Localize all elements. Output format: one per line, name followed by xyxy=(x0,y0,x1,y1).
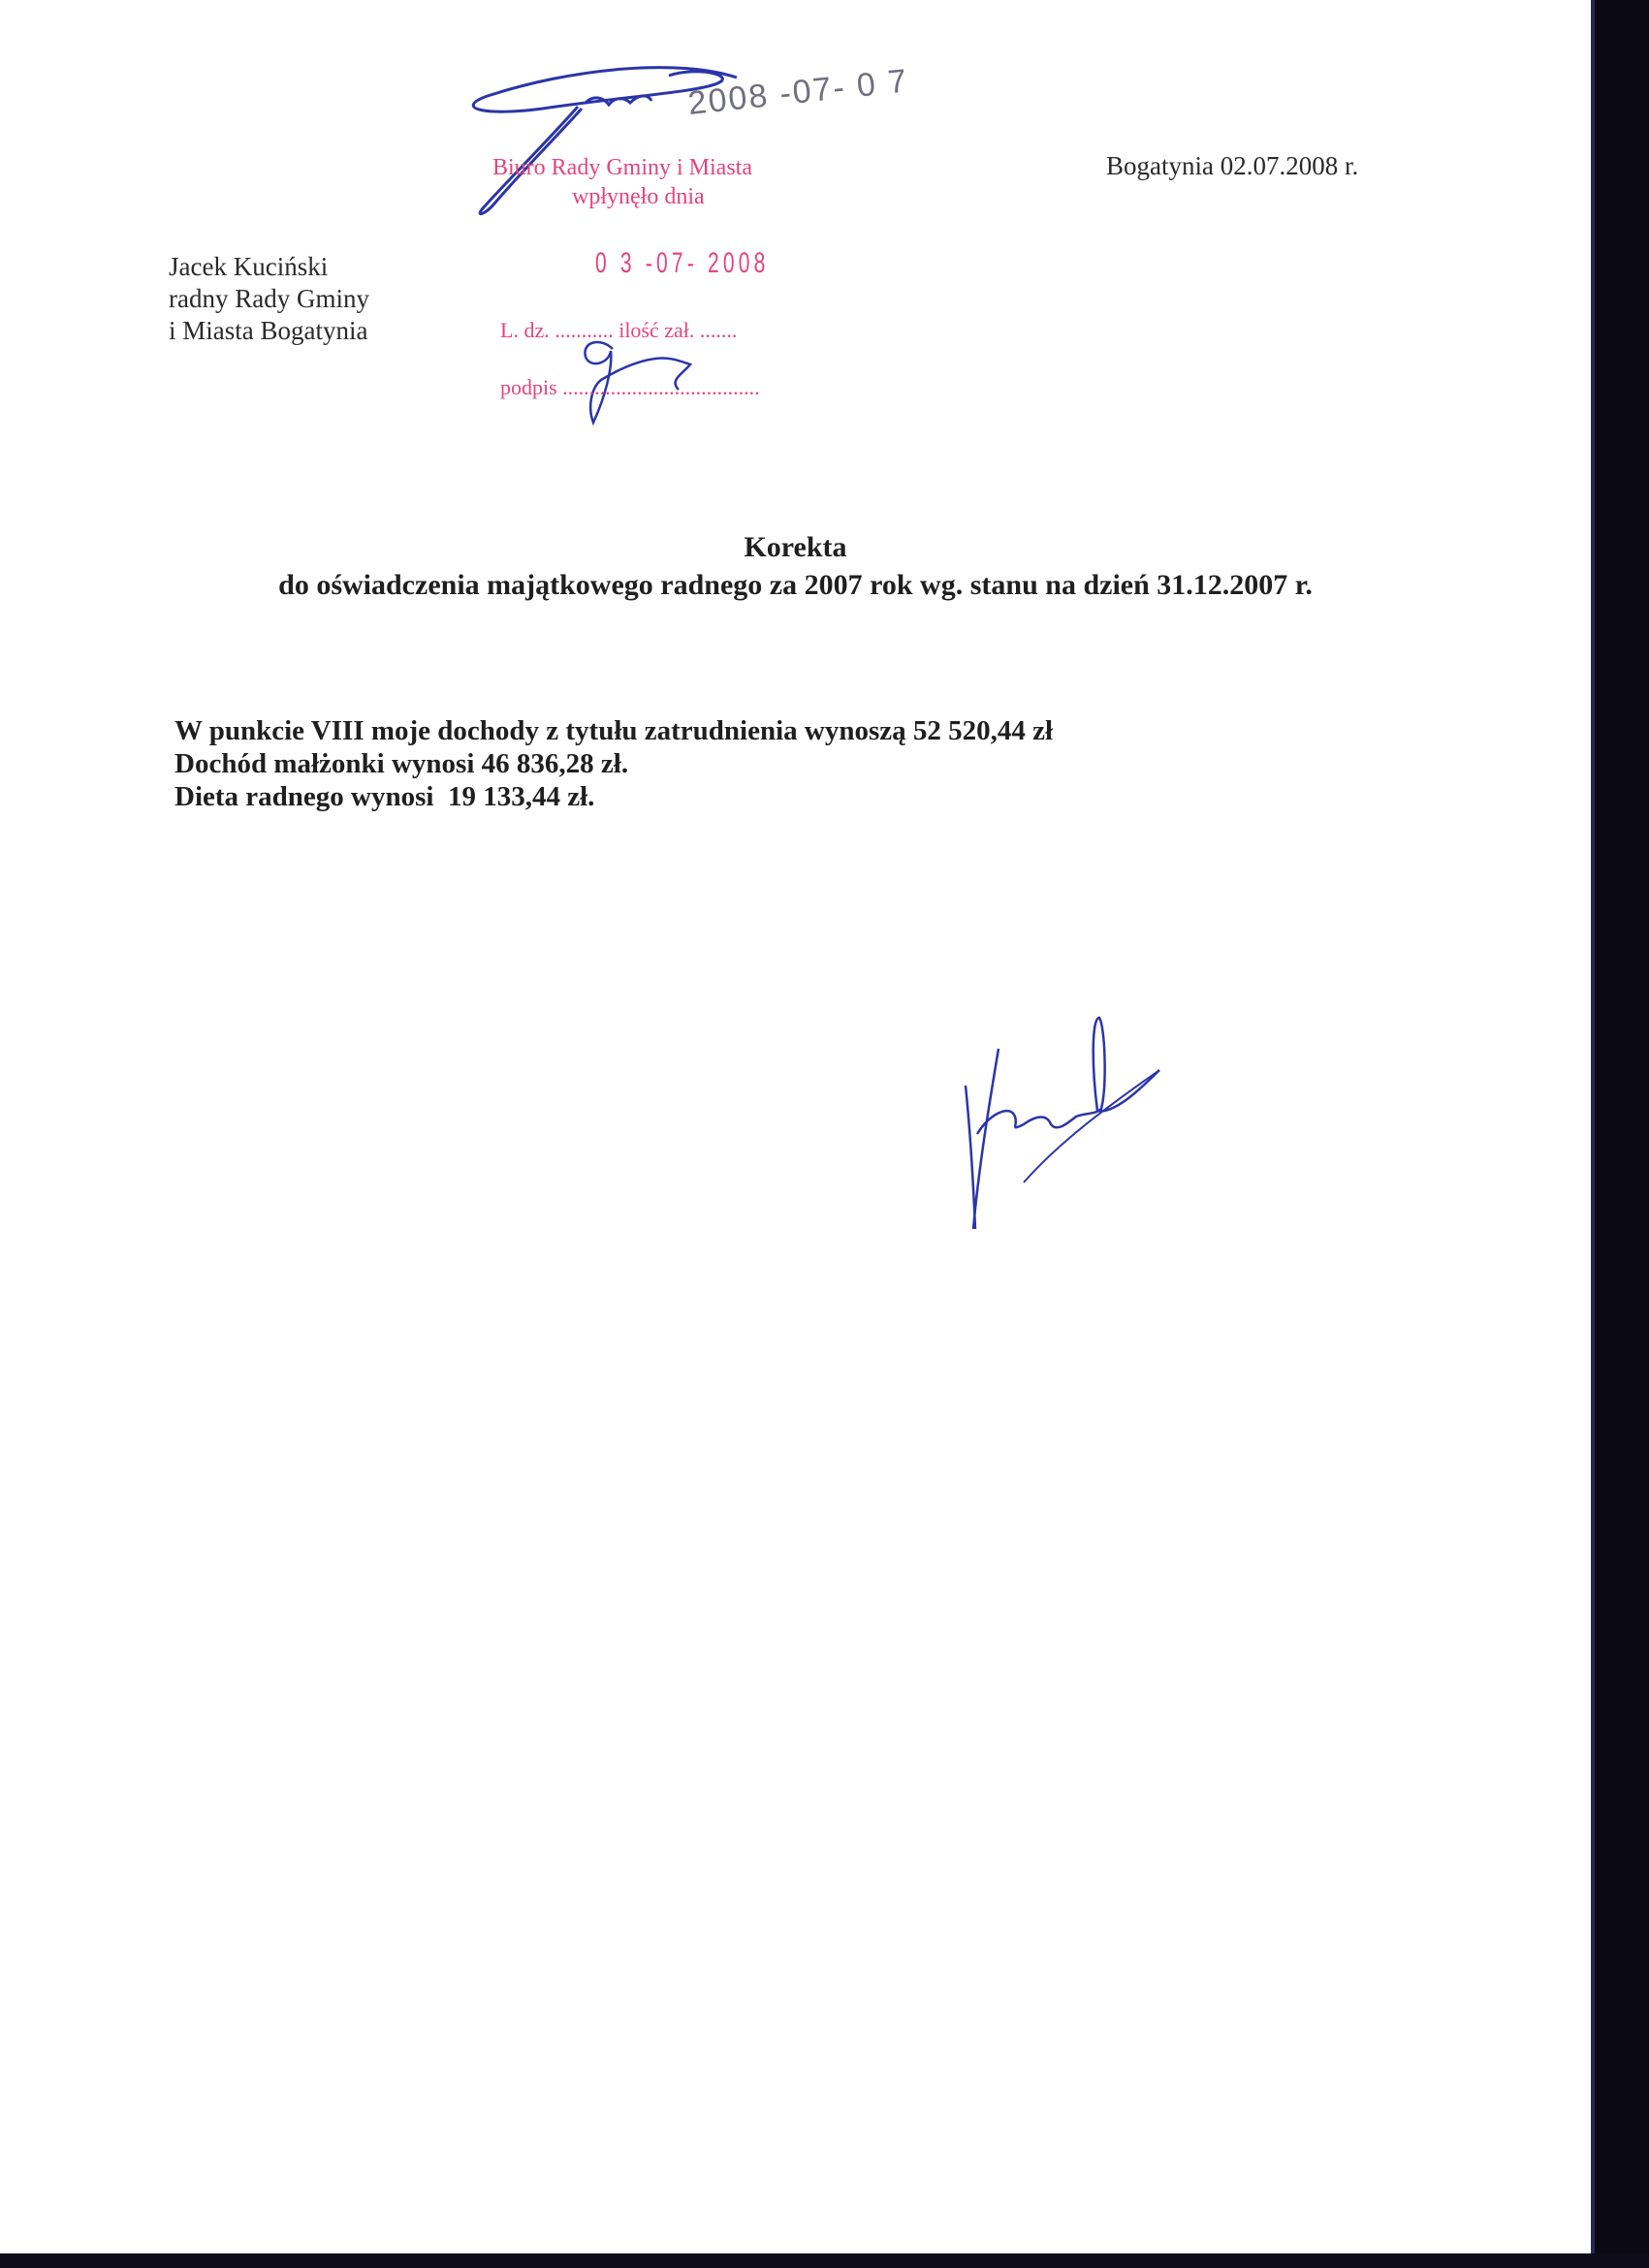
stamp-ldz-line: L. dz. ........... ilość zał. ....... xyxy=(500,318,737,343)
stamp-received-date: 0 3 -07- 2008 xyxy=(595,247,770,280)
document-body: W punkcie VIII moje dochody z tytułu zat… xyxy=(174,714,1053,813)
stamp-office-name: Biuro Rady Gminy i Miasta xyxy=(492,155,752,181)
document-page: 2008 -07- 0 7 Biuro Rady Gminy i Miasta … xyxy=(0,0,1591,2253)
sender-block: Jacek Kuciński radny Rady Gminy i Miasta… xyxy=(169,251,369,347)
body-line-councillor-allowance: Dieta radnego wynosi 19 133,44 zł. xyxy=(174,780,1053,813)
place-and-date: Bogatynia 02.07.2008 r. xyxy=(1106,151,1358,181)
sender-name: Jacek Kuciński xyxy=(169,251,369,283)
body-line-spouse-income: Dochód małżonki wynosi 46 836,28 zł. xyxy=(174,747,1053,780)
scanner-bottom-edge xyxy=(0,2253,1649,2268)
page-edge xyxy=(1591,0,1595,2253)
document-subtitle: do oświadczenia majątkowego radnego za 2… xyxy=(0,569,1591,602)
stamp-received-label: wpłynęło dnia xyxy=(572,184,705,210)
body-line-employment-income: W punkcie VIII moje dochody z tytułu zat… xyxy=(174,714,1053,747)
sender-municipality: i Miasta Bogatynia xyxy=(169,315,369,347)
sender-role: radny Rady Gminy xyxy=(169,283,369,315)
document-title: Korekta xyxy=(0,531,1591,564)
stamp-podpis-line: podpis .................................… xyxy=(500,375,760,400)
